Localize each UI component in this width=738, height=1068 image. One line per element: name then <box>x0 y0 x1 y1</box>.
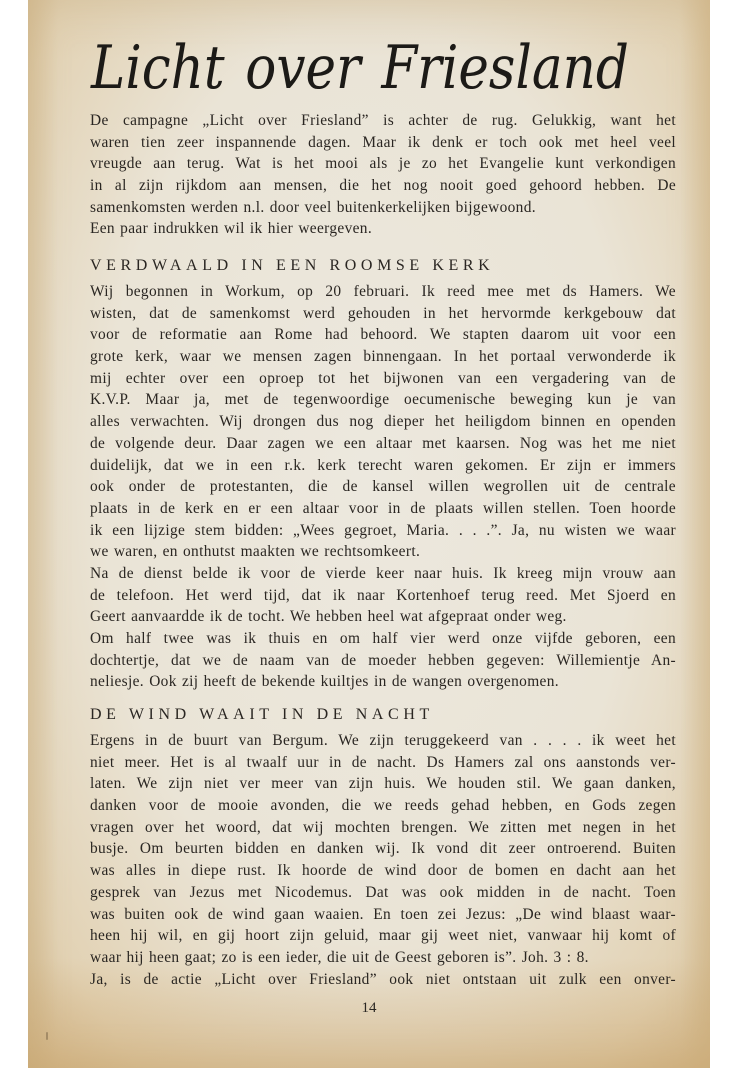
text-line: busje. Om beurten bidden en danken wij. … <box>90 838 676 860</box>
page-title: LichtoverFriesland <box>91 38 629 98</box>
text-line: waar hij heen gaat; zo is een ieder, die… <box>90 947 676 969</box>
text-line: De campagne „Licht over Friesland” is ac… <box>90 110 676 132</box>
text-line: plaats in de kerk en er een altaar voor … <box>90 498 676 520</box>
section-2-body: Ergens in de buurt van Bergum. We zijn t… <box>90 730 676 990</box>
text-line: heen hij wil, en gij hoort zijn geluid, … <box>90 925 676 947</box>
text-line: Om half twee was ik thuis en om half vie… <box>90 628 676 650</box>
section-heading: DE WIND WAAIT IN DE NACHT <box>90 706 434 724</box>
text-line: alles verwachten. Wij drongen dus nog di… <box>90 411 676 433</box>
text-line: gesprek van Jezus met Nicodemus. Dat was… <box>90 882 676 904</box>
text-line: vreugde aan terug. Wat is het mooi als j… <box>90 153 676 175</box>
text-line: duidelijk, dat we in een r.k. kerk terec… <box>90 455 676 477</box>
book-page: LichtoverFriesland De campagne „Licht ov… <box>28 0 710 1068</box>
text-line: ik een lijzige stem bidden: „Wees gegroe… <box>90 520 676 542</box>
text-line: de telefoon. Het werd tijd, dat ik naar … <box>90 585 676 607</box>
text-line: K.V.P. Maar ja, met de tegenwoordige oec… <box>90 389 676 411</box>
intro-paragraph: De campagne „Licht over Friesland” is ac… <box>90 110 676 240</box>
text-line: laten. We zijn niet ver meer van zijn hu… <box>90 773 676 795</box>
title-word: Friesland <box>381 33 629 103</box>
section-1-body: Wij begonnen in Workum, op 20 februari. … <box>90 281 676 693</box>
title-word: Licht <box>91 33 225 103</box>
text-line: danken voor de mooie avonden, die we ree… <box>90 795 676 817</box>
page-number: 14 <box>28 1000 710 1017</box>
text-line: was buiten ook de wind gaan waaien. En t… <box>90 904 676 926</box>
text-line: Ergens in de buurt van Bergum. We zijn t… <box>90 730 676 752</box>
text-line: voor de reformatie aan Rome had behoord.… <box>90 324 676 346</box>
text-line: waren tien zeer inspannende dagen. Maar … <box>90 132 676 154</box>
paper-speck <box>46 1032 48 1040</box>
text-line: Ja, is de actie „Licht over Friesland” o… <box>90 969 676 991</box>
text-line: de volgende deur. Daar zagen we een alta… <box>90 433 676 455</box>
text-line: dochtertje, dat we de naam van de moeder… <box>90 650 676 672</box>
text-line: in al zijn rijkdom aan mensen, die het n… <box>90 175 676 197</box>
text-line: vragen over het woord, dat wij mochten b… <box>90 817 676 839</box>
text-line: grote kerk, waar we mensen zagen binneng… <box>90 346 676 368</box>
text-line: Na de dienst belde ik voor de vierde kee… <box>90 563 676 585</box>
text-line: Geert aanvaardde ik de tocht. We hebben … <box>90 606 676 628</box>
section-heading: VERDWAALD IN EEN ROOMSE KERK <box>90 257 494 275</box>
text-line: we waren, en onthutst maakten we rechtso… <box>90 541 676 563</box>
text-line: neliesje. Ook zij heeft de bekende kuilt… <box>90 671 676 693</box>
text-line: niet meer. Het is al twaalf uur in de na… <box>90 752 676 774</box>
text-line: ook onder de protestanten, die de kansel… <box>90 476 676 498</box>
text-line: Een paar indrukken wil ik hier weergeven… <box>90 218 676 240</box>
text-line: Wij begonnen in Workum, op 20 februari. … <box>90 281 676 303</box>
text-line: was alles in diepe rust. Ik hoorde de wi… <box>90 860 676 882</box>
text-line: wisten, dat de samenkomst werd gehouden … <box>90 303 676 325</box>
text-line: samenkomsten werden n.l. door veel buite… <box>90 197 676 219</box>
title-word: over <box>245 33 360 103</box>
text-line: mij echter over een oproep tot het bijwo… <box>90 368 676 390</box>
